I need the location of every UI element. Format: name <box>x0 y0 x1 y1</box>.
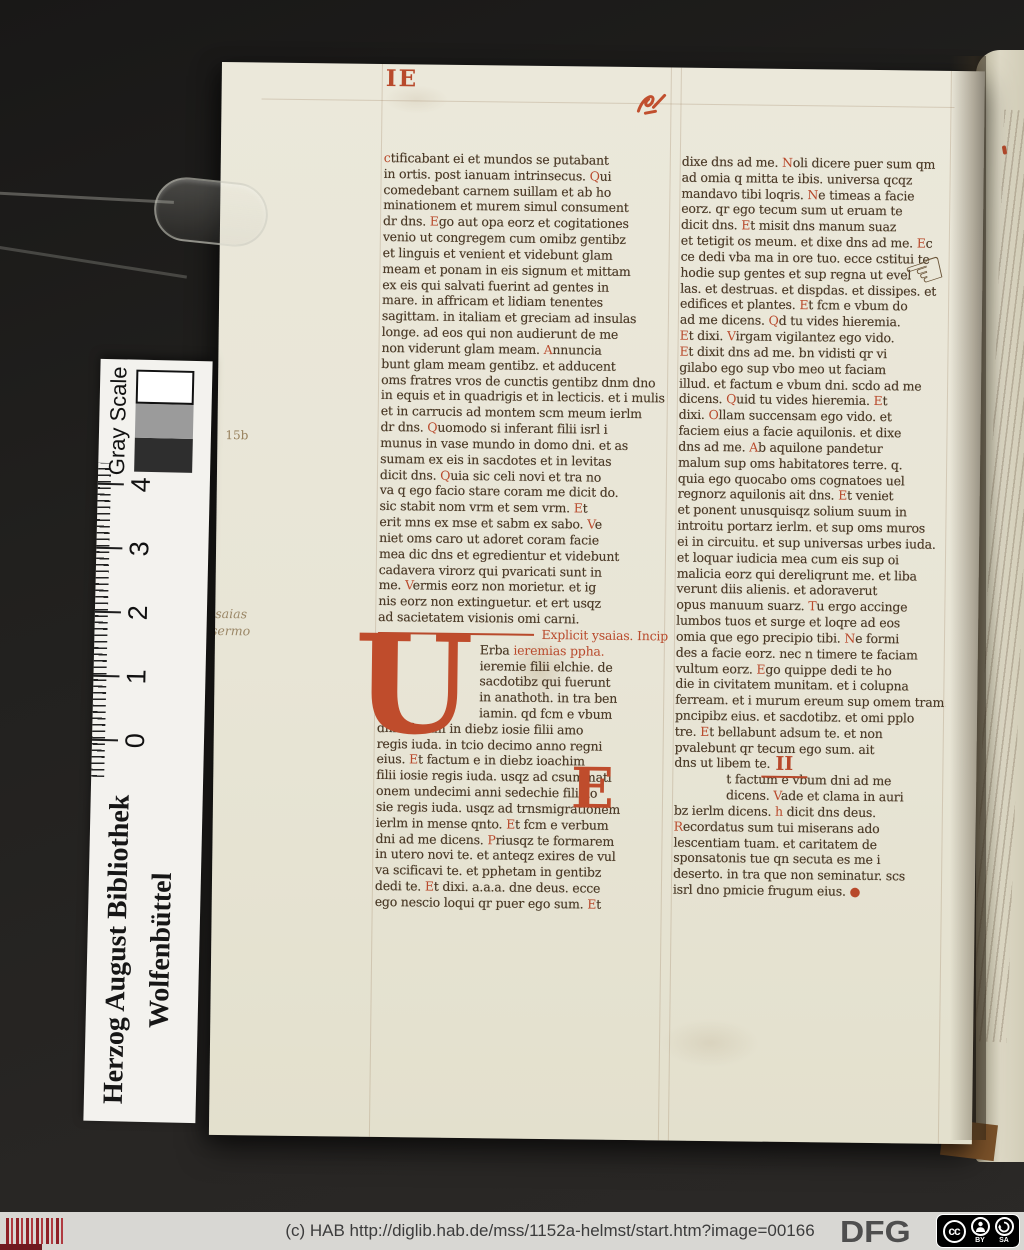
ruler-number: 3 <box>124 530 156 567</box>
rubricated-text: E <box>700 724 709 739</box>
rubricated-text: ieremias ppha. <box>513 642 604 658</box>
rubricated-text: V <box>587 517 595 532</box>
rubricated-text: E <box>506 816 515 831</box>
ruler-tick <box>92 739 118 742</box>
ruler-tick <box>93 675 119 678</box>
share-alike-arrow-icon <box>995 1217 1014 1236</box>
rubricated-text: T <box>808 598 816 613</box>
rubricated-text: E <box>574 501 583 516</box>
initial-et: E <box>571 766 614 811</box>
rubricated-text: E <box>430 214 439 229</box>
red-flourish-icon <box>633 87 669 119</box>
rubricated-text: N <box>844 630 855 645</box>
library-name-line2: Wolfenbüttel <box>135 782 187 1119</box>
rubricated-text: h <box>775 804 783 819</box>
rubricated-text: E <box>838 488 847 503</box>
rubricated-text: Q <box>768 313 778 328</box>
cc-by-item: BY <box>971 1217 990 1245</box>
cc-license-badge: cc BY SA <box>936 1214 1020 1248</box>
margin-note: t ysaias b sermo <box>209 605 251 640</box>
next-page-edge <box>976 50 1024 1162</box>
margin-foliation-note: 15b <box>225 428 248 442</box>
gray-scale-target: Gray Scale <box>98 359 213 478</box>
cm-ruler: 01234 <box>91 459 210 783</box>
gray-scale-patch <box>135 404 194 439</box>
rubricated-text: ● <box>849 884 860 899</box>
rubricated-text: E <box>680 328 689 343</box>
page-holder-arm <box>0 191 174 204</box>
calibration-card-face: Herzog August Bibliothek Wolfenbüttel 01… <box>83 359 212 1123</box>
cc-sa-item: SA <box>995 1217 1014 1245</box>
rubricated-text: E <box>425 879 434 894</box>
manuscript-page: IE 15b t ysaias b sermo ctificabant ei e… <box>209 62 985 1144</box>
rubricated-text: Q <box>427 420 437 435</box>
color-bar-target-edge <box>0 1244 42 1250</box>
rubricated-text: V <box>773 788 781 803</box>
text-line: ego nescio loqui qr puer ego sum. Et <box>375 894 665 913</box>
copyright-url-text: (c) HAB http://diglib.hab.de/mss/1152a-h… <box>250 1221 850 1241</box>
rubricated-text: A <box>544 342 553 357</box>
gray-scale-patch <box>134 438 193 473</box>
ruler-tick <box>96 547 122 550</box>
rubricated-text: V <box>405 578 413 593</box>
chapter-numeral: II <box>761 753 807 779</box>
rubricated-text: P <box>487 832 495 847</box>
rubricated-text: Q <box>590 168 600 183</box>
rubricated-text: Q <box>440 467 450 482</box>
text-line: isrl dno pmicie frugum eius. ● <box>673 882 943 901</box>
ruler-number: 1 <box>121 658 153 695</box>
rubricated-text: R <box>674 818 683 833</box>
footer-bar: (c) HAB http://diglib.hab.de/mss/1152a-h… <box>0 1212 1024 1250</box>
rubricated-text: c <box>384 150 391 165</box>
rubricated-text: E <box>873 393 882 408</box>
digitized-manuscript-photo: IE 15b t ysaias b sermo ctificabant ei e… <box>0 0 1024 1250</box>
rubricated-text: V <box>727 328 736 343</box>
page-holder-arm <box>0 244 187 278</box>
rubricated-text: Q <box>726 392 736 407</box>
cc-logo-icon: cc <box>943 1220 966 1243</box>
rubricated-text: N <box>782 155 793 170</box>
cc-sa-label: SA <box>999 1237 1009 1245</box>
library-name-line1: Herzog August Bibliothek <box>91 781 143 1118</box>
margin-note-line: b sermo <box>209 622 250 640</box>
quire-mark: IE <box>386 65 419 92</box>
rubricated-text: N <box>807 187 818 202</box>
gray-scale-patch <box>136 370 195 405</box>
color-bar-target <box>6 1218 64 1244</box>
rubricated-text: E <box>741 218 750 233</box>
gray-scale-label: Gray Scale <box>104 359 133 476</box>
dfg-logo: DFG <box>840 1214 911 1250</box>
ruler-number: 2 <box>123 594 155 631</box>
rubricated-text: E <box>799 298 808 313</box>
cc-by-label: BY <box>975 1237 985 1245</box>
gray-scale-patches <box>134 370 194 473</box>
ruler-tick <box>95 611 121 614</box>
margin-note-line: t ysaias <box>209 605 251 623</box>
ruler-tick <box>98 483 124 486</box>
rubricated-text: E <box>679 344 688 359</box>
ruling-line <box>262 98 955 107</box>
ruler-number: 0 <box>120 722 152 759</box>
library-name: Herzog August Bibliothek Wolfenbüttel <box>91 781 187 1119</box>
rubricated-text: E <box>587 896 596 911</box>
drop-cap-verba: U <box>354 632 474 740</box>
parchment-stain <box>640 1007 781 1079</box>
calibration-card: Herzog August Bibliothek Wolfenbüttel 01… <box>83 359 212 1123</box>
text-column-left: ctificabant ei et mundos se putabantin o… <box>375 150 674 913</box>
rubricated-text: O <box>708 407 718 422</box>
person-icon <box>971 1217 990 1236</box>
rubricated-text: E <box>756 661 765 676</box>
rubricated-text: A <box>749 439 758 454</box>
